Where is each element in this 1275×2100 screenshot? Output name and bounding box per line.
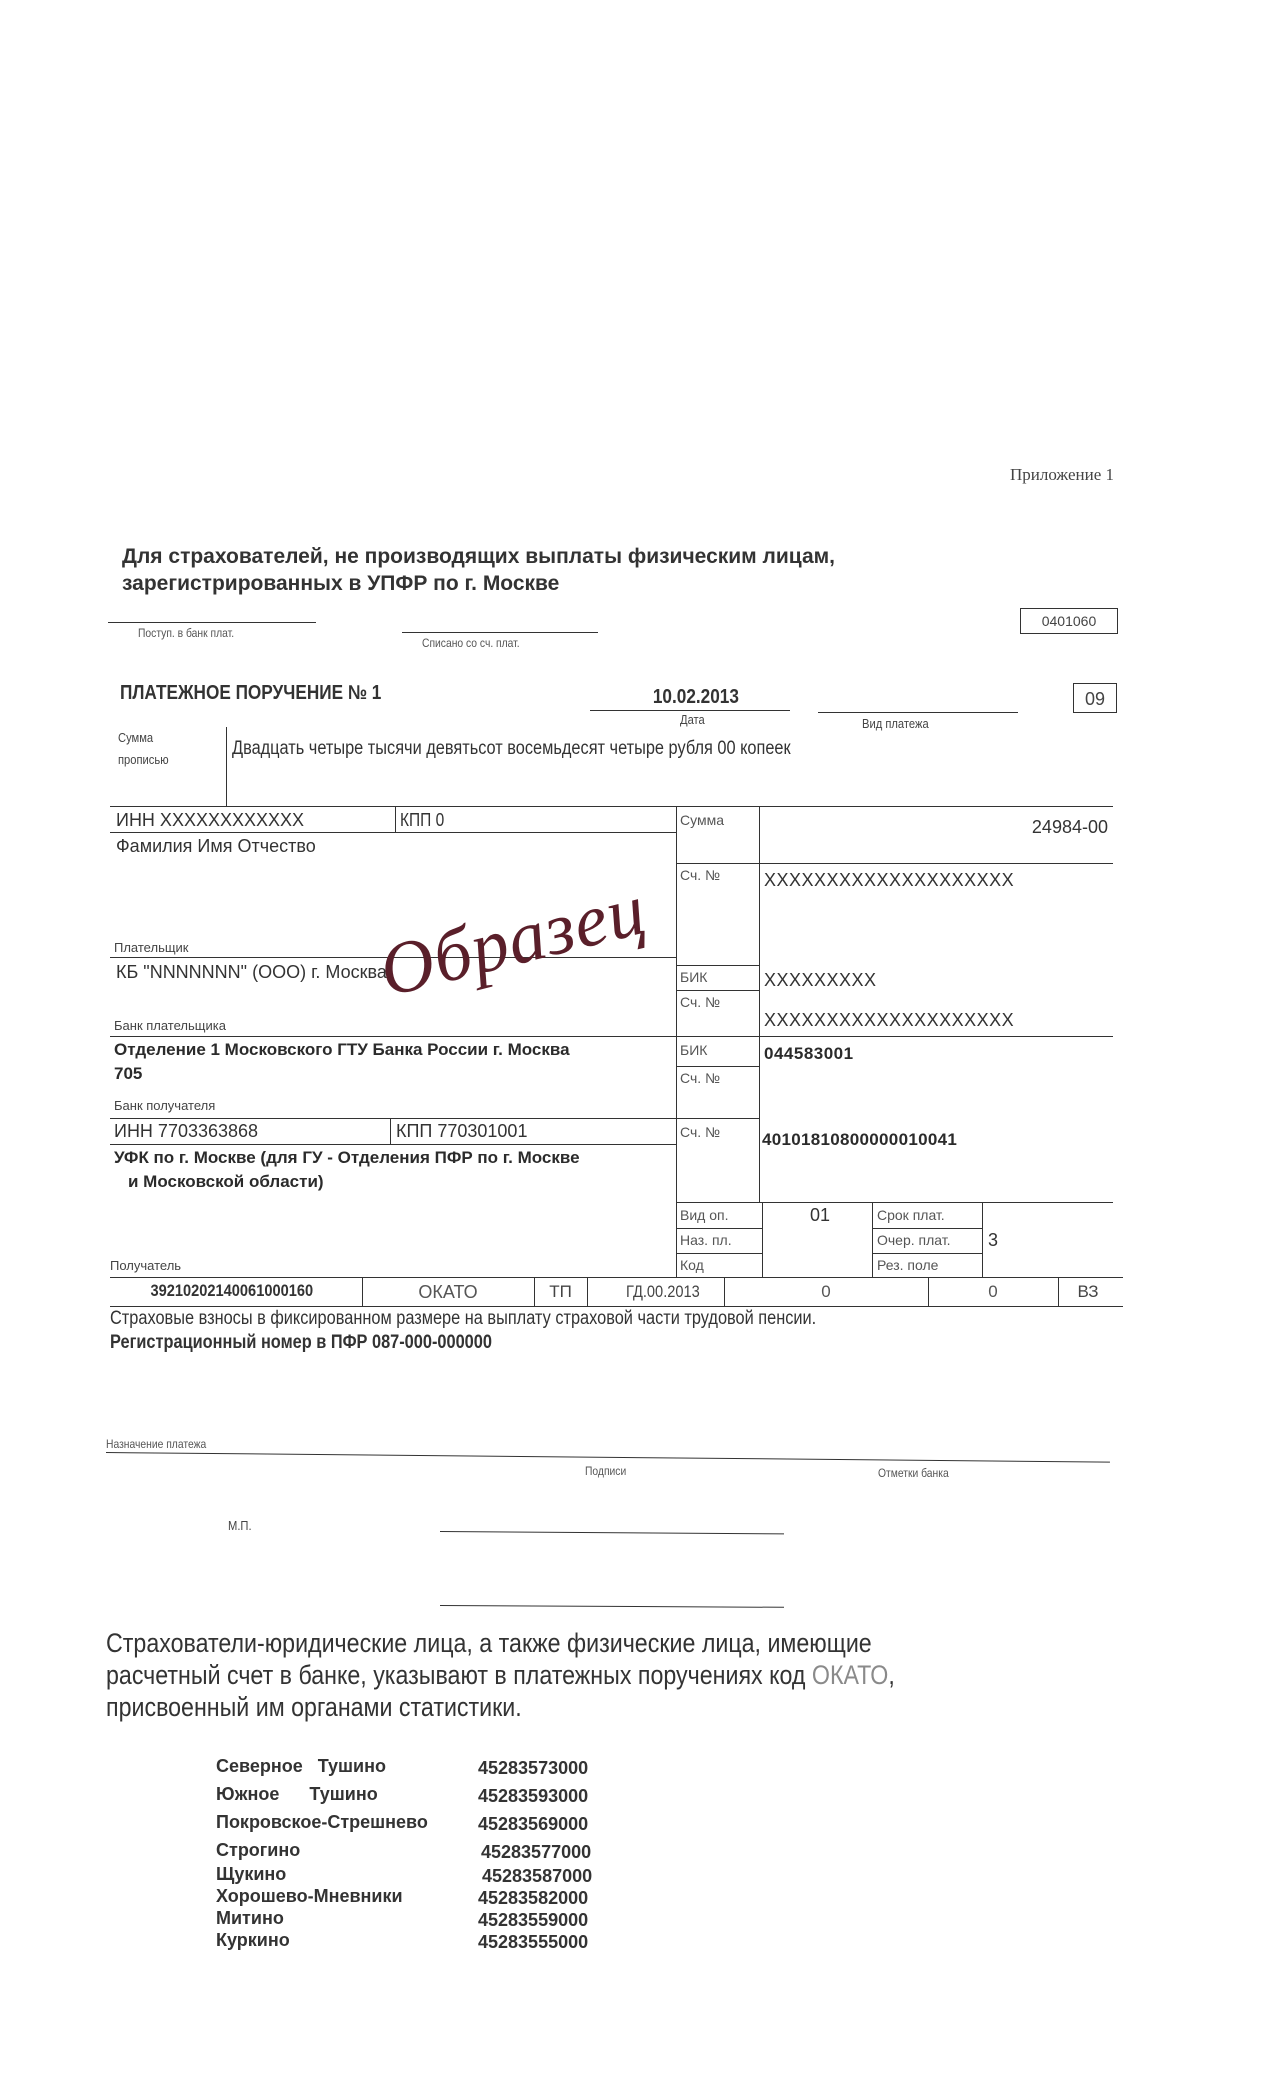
table-top-line — [110, 806, 1113, 807]
signature-line-2[interactable] — [440, 1605, 784, 1608]
reserve-label: Рез. поле — [877, 1257, 938, 1273]
priority-value: 3 — [988, 1230, 998, 1251]
form-code-box: 0401060 — [1020, 608, 1118, 634]
payee-bank-name-1: Отделение 1 Московского ГТУ Банка России… — [114, 1040, 570, 1060]
budget-col-3 — [587, 1277, 588, 1306]
payer-bank-account-label: Сч. № — [680, 994, 720, 1010]
signatures-label: Подписи — [585, 1464, 626, 1478]
heading-line-2: зарегистрированных в УПФР по г. Москве — [122, 572, 559, 596]
purpose-line-2: Регистрационный номер в ПФР 087-000-0000… — [110, 1332, 492, 1354]
note-line-3: присвоенный им органами статистики. — [106, 1692, 522, 1723]
okato-district: Хорошево-Мневники — [216, 1886, 403, 1907]
okato-code: 45283569000 — [478, 1814, 588, 1835]
payee-label: Получатель — [110, 1258, 181, 1273]
budget-row-top-line — [110, 1277, 1123, 1278]
payment-type-line — [818, 712, 1018, 713]
code-label: Код — [680, 1257, 704, 1273]
okato-code: 45283559000 — [478, 1910, 588, 1931]
payer-bank-bottom-line — [110, 1036, 1113, 1037]
payer-name: Фамилия Имя Отчество — [116, 836, 316, 857]
payee-bank-account-label: Сч. № — [680, 1070, 720, 1086]
note-line-1: Страхователи-юридические лица, а также ф… — [106, 1628, 872, 1659]
payee-name-2: и Московской области) — [128, 1172, 324, 1192]
amount-words-label-1: Сумма — [118, 730, 153, 745]
okato-district: Щукино — [216, 1864, 286, 1885]
amount-words-value: Двадцать четыре тысячи девятьсот восемьд… — [232, 738, 791, 760]
payee-bank-bottom-line — [110, 1118, 759, 1119]
operation-col-3 — [982, 1202, 983, 1278]
heading-line-1: Для страхователей, не производящих выпла… — [122, 545, 835, 569]
okato-code: 45283593000 — [478, 1786, 588, 1807]
payer-bank-label: Банк плательщика — [114, 1018, 226, 1033]
op-type-value: 01 — [770, 1205, 870, 1226]
okato-district: Южное Тушино — [216, 1784, 378, 1805]
payer-bik-top-line — [676, 965, 759, 966]
payment-type-label: Вид платежа — [862, 716, 929, 731]
payee-inn-kpp-divider — [390, 1118, 391, 1144]
priority-label: Очер. плат. — [877, 1232, 951, 1248]
status-code-box: 09 — [1073, 683, 1117, 713]
payer-inn: ИНН XXXXXXXXXXXX — [116, 810, 304, 831]
received-line — [108, 622, 316, 623]
payer-bik-bottom-line — [676, 990, 759, 991]
operation-top-line — [676, 1202, 1113, 1203]
budget-row-bottom-line — [110, 1306, 1123, 1307]
budget-doc-date: 0 — [928, 1282, 1058, 1302]
op-row-line-2b — [872, 1253, 982, 1254]
payee-account: 40101810800000010041 — [762, 1130, 957, 1150]
value-col-divider — [759, 806, 760, 1202]
budget-kbk: 39210202140061000160 — [120, 1281, 344, 1301]
payee-account-label: Сч. № — [680, 1124, 720, 1140]
payee-kpp: КПП 770301001 — [396, 1121, 527, 1142]
okato-district: Куркино — [216, 1930, 290, 1951]
appendix-label: Приложение 1 — [1010, 465, 1114, 485]
budget-okato: ОКАТО — [362, 1282, 534, 1303]
okato-code: 45283573000 — [478, 1758, 588, 1779]
okato-code: 45283577000 — [481, 1842, 591, 1863]
debited-label: Списано со сч. плат. — [422, 636, 520, 650]
bank-marks-label: Отметки банка — [878, 1466, 949, 1480]
budget-basis: ТП — [534, 1282, 587, 1302]
payer-bank-bik-label: БИК — [680, 969, 707, 985]
payee-inn-line — [110, 1144, 676, 1145]
amount-bottom-line — [676, 863, 1113, 864]
amount-value: 24984-00 — [980, 817, 1108, 838]
payer-kpp: КПП 0 — [400, 810, 444, 831]
purpose-line-1: Страховые взносы в фиксированном размере… — [110, 1308, 816, 1330]
order-title: ПЛАТЕЖНОЕ ПОРУЧЕНИЕ № 1 — [120, 682, 381, 705]
payer-inn-line — [110, 832, 676, 833]
date-line — [590, 710, 790, 711]
budget-period: ГД.00.2013 — [604, 1282, 722, 1302]
amount-words-label-2: прописью — [118, 752, 169, 767]
okato-district: Митино — [216, 1908, 284, 1929]
amount-label: Сумма — [680, 812, 724, 828]
payee-bank-bik: 044583001 — [764, 1044, 854, 1064]
budget-doc-number: 0 — [724, 1282, 928, 1302]
op-type-label: Вид оп. — [680, 1207, 728, 1223]
okato-code: 45283587000 — [482, 1866, 592, 1887]
payee-bank-label: Банк получателя — [114, 1098, 215, 1113]
amount-words-divider — [226, 727, 227, 807]
payer-bank-bik: XXXXXXXXX — [764, 970, 877, 991]
note-line-2-comma: , — [888, 1660, 894, 1690]
payee-name-1: УФК по г. Москве (для ГУ - Отделения ПФР… — [114, 1148, 580, 1168]
note-line-2-text: расчетный счет в банке, указывают в плат… — [106, 1660, 812, 1690]
purpose-label: Назначение платежа — [106, 1437, 206, 1451]
signature-line-1[interactable] — [440, 1531, 784, 1534]
budget-type: ВЗ — [1058, 1282, 1118, 1302]
op-row-line-1a — [676, 1228, 762, 1229]
date-label: Дата — [680, 712, 705, 727]
sample-watermark: Образец — [371, 867, 654, 1015]
operation-col-1 — [762, 1202, 763, 1278]
purpose-line — [106, 1452, 1110, 1463]
seal-label: М.П. — [228, 1518, 252, 1533]
operation-col-2 — [872, 1202, 873, 1278]
okato-code: 45283582000 — [478, 1888, 588, 1909]
debited-line — [402, 632, 598, 633]
payer-inn-kpp-divider — [395, 806, 396, 832]
due-label: Срок плат. — [877, 1207, 945, 1223]
payee-bik-bottom-line — [676, 1066, 759, 1067]
label-col-divider — [676, 806, 677, 1278]
note-line-2: расчетный счет в банке, указывают в плат… — [106, 1660, 895, 1691]
okato-district: Покровское-Стрешнево — [216, 1812, 428, 1833]
payer-account: XXXXXXXXXXXXXXXXXXXX — [764, 870, 1014, 891]
payee-bank-name-2: 705 — [114, 1064, 142, 1084]
purpose-code-label: Наз. пл. — [680, 1232, 732, 1248]
payee-inn: ИНН 7703363868 — [114, 1121, 258, 1142]
okato-district: Строгино — [216, 1840, 300, 1861]
op-row-line-2a — [676, 1253, 762, 1254]
payee-bank-bik-label: БИК — [680, 1042, 707, 1058]
payer-account-label: Сч. № — [680, 867, 720, 883]
op-row-line-1b — [872, 1228, 982, 1229]
okato-code: 45283555000 — [478, 1932, 588, 1953]
okato-highlight: ОКАТО — [812, 1660, 888, 1690]
okato-district: Северное Тушино — [216, 1756, 386, 1777]
payer-label: Плательщик — [114, 940, 188, 955]
received-label: Поступ. в банк плат. — [138, 626, 234, 640]
payer-bank-account: XXXXXXXXXXXXXXXXXXXX — [764, 1010, 1014, 1031]
payer-bank-name: КБ "NNNNNNN" (ООО) г. Москва — [116, 962, 387, 983]
order-date: 10.02.2013 — [640, 686, 752, 709]
